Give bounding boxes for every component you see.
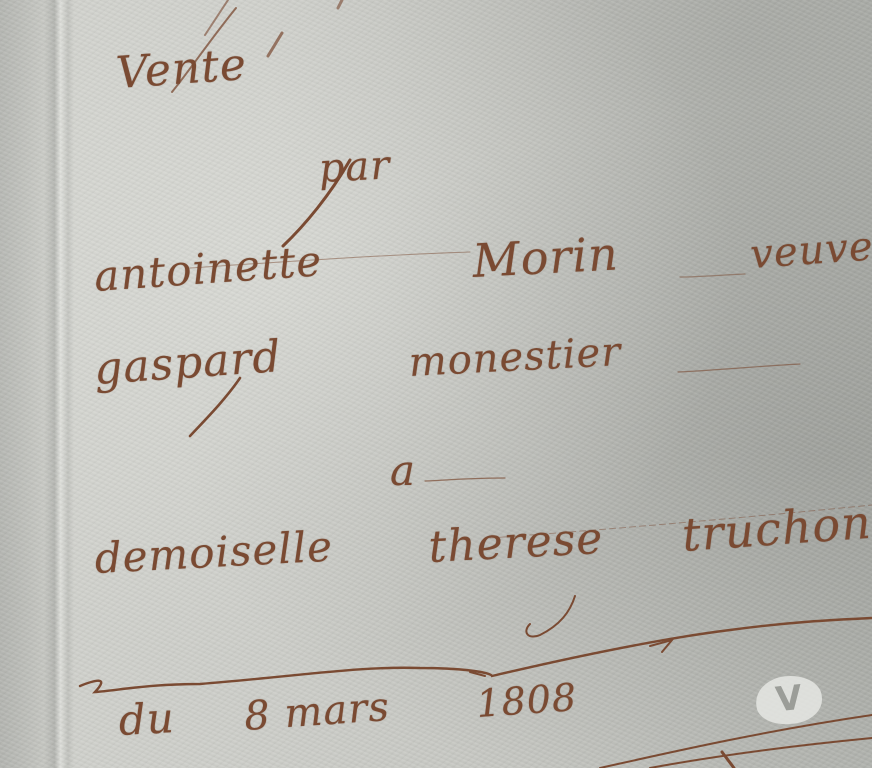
manuscript-page: Vente par antoinette Morin veuve gaspard… <box>0 0 872 768</box>
buyer-title: demoiselle <box>93 522 334 583</box>
v-logo-icon: V <box>754 673 825 728</box>
date-year: 1808 <box>475 675 579 726</box>
page-edge-shadow <box>0 0 60 768</box>
heading-vente: Vente <box>114 39 248 99</box>
word-a: a <box>390 446 416 495</box>
word-par: par <box>318 142 392 192</box>
date-prefix: du <box>117 693 175 745</box>
seller-status: veuve <box>749 224 872 278</box>
buyer-first-name: therese <box>427 513 604 573</box>
husband-surname: monestier <box>408 329 623 386</box>
date-day-month: 8 mars <box>243 684 391 740</box>
buyer-surname: truchon <box>680 495 872 562</box>
seller-first-name: antoinette <box>93 236 324 301</box>
watermark-glyph: V <box>774 681 804 718</box>
seller-surname: Morin <box>471 226 620 288</box>
husband-first-name: gaspard <box>92 331 283 395</box>
